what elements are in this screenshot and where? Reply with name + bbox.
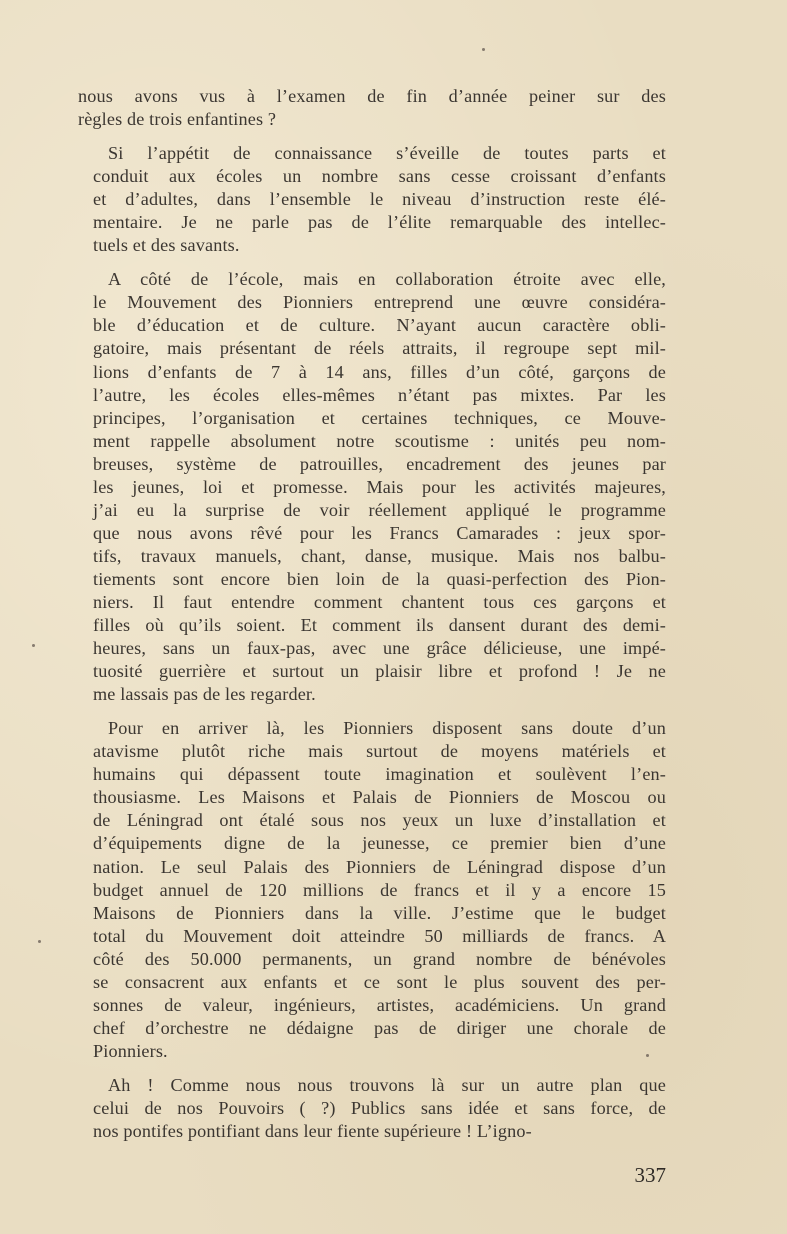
text-line: gatoire, mais présentant de réels attrai…: [78, 337, 666, 360]
text-line: Pionniers.: [78, 1040, 666, 1063]
text-line: règles de trois enfantines ?: [78, 108, 666, 131]
text-line: que nous avons rêvé pour les Francs Cama…: [78, 522, 666, 545]
text-line: Maisons de Pionniers dans la ville. J’es…: [78, 902, 666, 925]
text-line: A côté de l’école, mais en collaboration…: [78, 268, 666, 291]
text-line: Si l’appétit de connaissance s’éveille d…: [78, 142, 666, 165]
paper-speck: [32, 644, 35, 647]
page-body: nous avons vus à l’examen de fin d’année…: [78, 85, 666, 1143]
paper-speck: [482, 48, 485, 51]
text-line: j’ai eu la surprise de voir réellement a…: [78, 499, 666, 522]
text-line: lions d’enfants de 7 à 14 ans, filles d’…: [78, 361, 666, 384]
paragraph: Pour en arriver là, les Pionniers dispos…: [78, 717, 666, 1063]
text-line: les jeunes, loi et promesse. Mais pour l…: [78, 476, 666, 499]
text-line: tifs, travaux manuels, chant, danse, mus…: [78, 545, 666, 568]
paragraph: Si l’appétit de connaissance s’éveille d…: [78, 142, 666, 257]
text-line: total du Mouvement doit atteindre 50 mil…: [78, 925, 666, 948]
paragraph: nous avons vus à l’examen de fin d’année…: [78, 85, 666, 131]
text-line: se consacrent aux enfants et ce sont le …: [78, 971, 666, 994]
text-line: heures, sans un faux-pas, avec une grâce…: [78, 637, 666, 660]
text-line: ment rappelle absolument notre scoutisme…: [78, 430, 666, 453]
text-line: le Mouvement des Pionniers entreprend un…: [78, 291, 666, 314]
text-line: nos pontifes pontifiant dans leur fiente…: [78, 1120, 666, 1143]
text-line: Ah ! Comme nous nous trouvons là sur un …: [78, 1074, 666, 1097]
text-line: niers. Il faut entendre comment chantent…: [78, 591, 666, 614]
text-line: côté des 50.000 permanents, un grand nom…: [78, 948, 666, 971]
text-line: humains qui dépassent toute imagination …: [78, 763, 666, 786]
text-line: filles où qu’ils soient. Et comment ils …: [78, 614, 666, 637]
text-line: nous avons vus à l’examen de fin d’année…: [78, 85, 666, 108]
text-line: thousiasme. Les Maisons et Palais de Pio…: [78, 786, 666, 809]
text-line: l’autre, les écoles elles-mêmes n’étant …: [78, 384, 666, 407]
text-line: chef d’orchestre ne dédaigne pas de diri…: [78, 1017, 666, 1040]
paragraph: Ah ! Comme nous nous trouvons là sur un …: [78, 1074, 666, 1143]
text-line: et d’adultes, dans l’ensemble le niveau …: [78, 188, 666, 211]
text-line: me lassais pas de les regarder.: [78, 683, 666, 706]
text-line: nation. Le seul Palais des Pionniers de …: [78, 856, 666, 879]
paper-speck: [646, 1054, 649, 1057]
text-line: budget annuel de 120 millions de francs …: [78, 879, 666, 902]
text-line: ble d’éducation et de culture. N’ayant a…: [78, 314, 666, 337]
text-line: Pour en arriver là, les Pionniers dispos…: [78, 717, 666, 740]
page-number: 337: [626, 1163, 666, 1188]
paragraph: A côté de l’école, mais en collaboration…: [78, 268, 666, 706]
text-line: principes, l’organisation et certaines t…: [78, 407, 666, 430]
text-line: tiements sont encore bien loin de la qua…: [78, 568, 666, 591]
paper-speck: [38, 940, 41, 943]
text-line: mentaire. Je ne parle pas de l’élite rem…: [78, 211, 666, 234]
text-line: tuels et des savants.: [78, 234, 666, 257]
text-line: tuosité guerrière et surtout un plaisir …: [78, 660, 666, 683]
text-line: atavisme plutôt riche mais surtout de mo…: [78, 740, 666, 763]
text-line: celui de nos Pouvoirs ( ?) Publics sans …: [78, 1097, 666, 1120]
text-line: d’équipements digne de la jeunesse, ce p…: [78, 832, 666, 855]
text-line: conduit aux écoles un nombre sans cesse …: [78, 165, 666, 188]
text-line: sonnes de valeur, ingénieurs, artistes, …: [78, 994, 666, 1017]
text-line: breuses, système de patrouilles, encadre…: [78, 453, 666, 476]
text-line: de Léningrad ont étalé sous nos yeux un …: [78, 809, 666, 832]
